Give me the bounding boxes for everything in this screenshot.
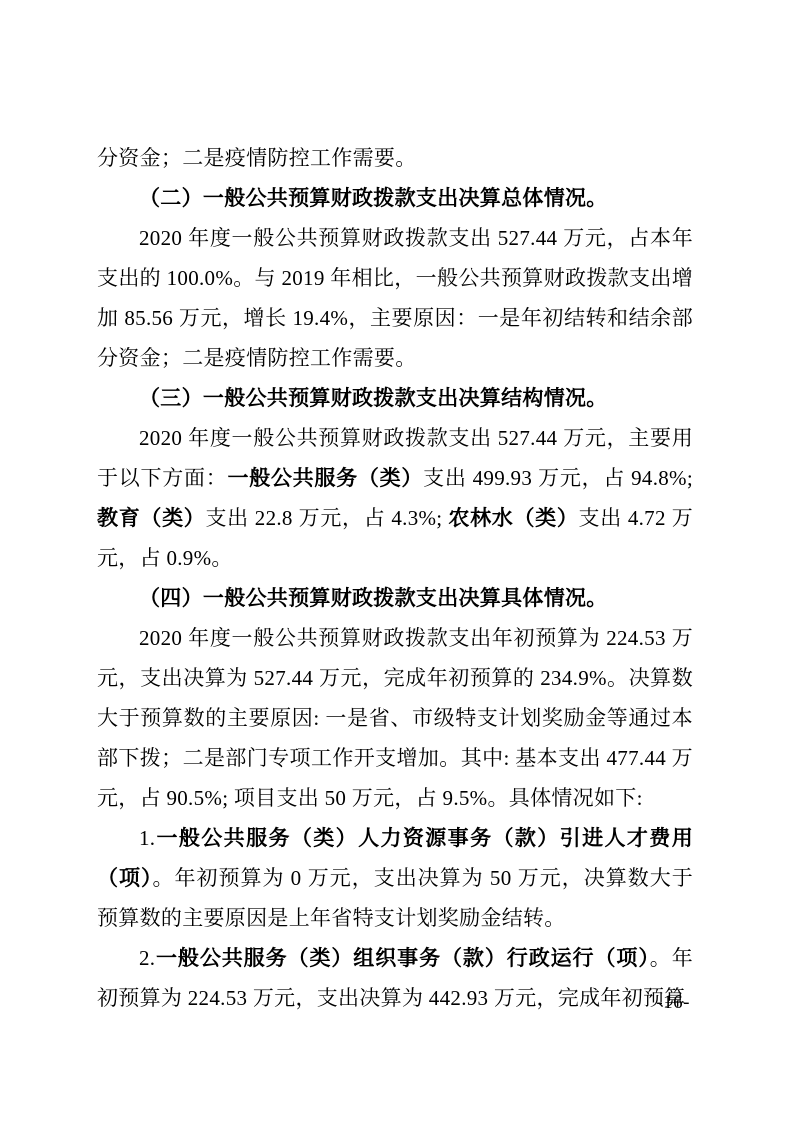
paragraph-detail-intro: 2020 年度一般公共预算财政拨款支出年初预算为 224.53 万元，支出决算为… (97, 618, 693, 818)
text-segment: （四）一般公共预算财政拨款支出决算具体情况。 (139, 586, 608, 610)
text-segment: 2. (139, 946, 155, 970)
text-segment: 2020 年度一般公共预算财政拨款支出年初预算为 224.53 万元，支出决算为… (97, 626, 693, 810)
text-segment: 2020 年度一般公共预算财政拨款支出 527.44 万元，占本年支出的 100… (97, 226, 693, 370)
paragraph-expense-structure: 2020 年度一般公共预算财政拨款支出 527.44 万元，主要用于以下方面：一… (97, 418, 693, 578)
paragraph-overall-situation: 2020 年度一般公共预算财政拨款支出 527.44 万元，占本年支出的 100… (97, 218, 693, 378)
text-segment: 支出 499.93 万元，占 94.8%; (423, 466, 693, 490)
document-body: 分资金；二是疫情防控工作需要。 （二）一般公共预算财政拨款支出决算总体情况。 2… (97, 138, 693, 1018)
text-segment-bold: 一般公共服务（类） (227, 466, 423, 490)
section-heading-4: （四）一般公共预算财政拨款支出决算具体情况。 (97, 578, 693, 618)
paragraph-budget-item-1: 1.一般公共服务（类）人力资源事务（款）引进人才费用（项）。年初预算为 0 万元… (97, 818, 693, 938)
paragraph-budget-item-2: 2.一般公共服务（类）组织事务（款）行政运行（项）。年初预算为 224.53 万… (97, 938, 693, 1018)
text-segment: （三）一般公共预算财政拨款支出决算结构情况。 (139, 386, 608, 410)
text-segment: 。年初预算为 0 万元，支出决算为 50 万元，决算数大于预算数的主要原因是上年… (97, 866, 693, 930)
paragraph-continuation: 分资金；二是疫情防控工作需要。 (97, 138, 693, 178)
section-heading-2: （二）一般公共预算财政拨款支出决算总体情况。 (97, 178, 693, 218)
section-heading-3: （三）一般公共预算财政拨款支出决算结构情况。 (97, 378, 693, 418)
text-segment: （二）一般公共预算财政拨款支出决算总体情况。 (139, 186, 608, 210)
text-segment-bold: 教育（类） (97, 506, 205, 530)
page-number: -16- (656, 992, 690, 1014)
text-segment: 分资金；二是疫情防控工作需要。 (97, 146, 417, 170)
text-segment-bold: 农林水（类） (448, 506, 578, 530)
text-segment: 支出 22.8 万元，占 4.3%; (205, 506, 448, 530)
text-segment-bold: 一般公共服务（类）组织事务（款）行政运行（项） (155, 946, 649, 970)
text-segment: 1. (139, 826, 155, 850)
